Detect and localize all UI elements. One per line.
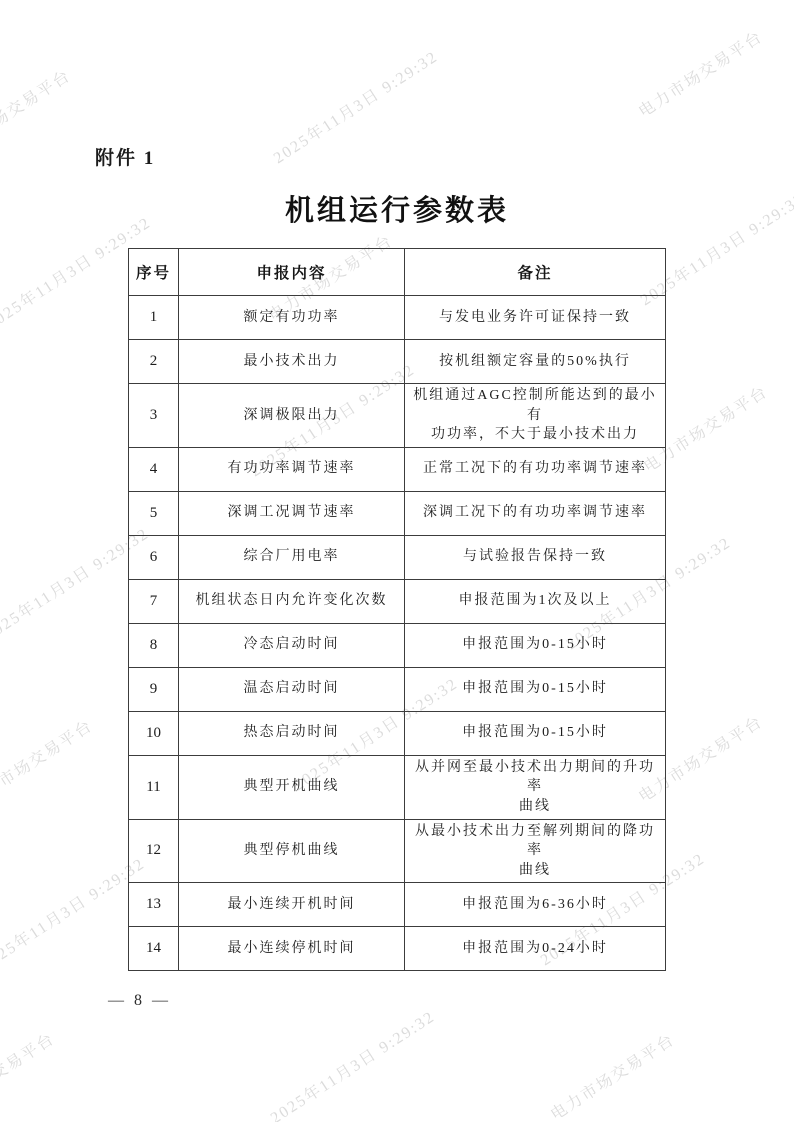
cell-content: 冷态启动时间 xyxy=(179,623,405,667)
watermark-text: 2025年11月3日 9:29:32 xyxy=(265,1004,439,1122)
watermark-text: 2025年11月3日 9:29:32 xyxy=(0,851,149,975)
cell-content: 综合厂用电率 xyxy=(179,535,405,579)
cell-no: 1 xyxy=(129,296,179,340)
attachment-label: 附件 1 xyxy=(95,143,155,170)
document-page: 电力市场交易平台2025年11月3日 9:29:32电力市场交易平台2025年1… xyxy=(0,0,794,1122)
table-row: 12典型停机曲线从最小技术出力至解列期间的降功率 曲线 xyxy=(129,819,666,883)
cell-remark: 申报范围为0-15小时 xyxy=(405,711,666,755)
cell-content: 深调极限出力 xyxy=(179,384,405,448)
cell-content: 典型停机曲线 xyxy=(179,819,405,883)
cell-no: 8 xyxy=(129,623,179,667)
cell-remark: 与发电业务许可证保持一致 xyxy=(405,296,666,340)
table-header-row: 序号 申报内容 备注 xyxy=(129,249,666,296)
table-row: 10热态启动时间申报范围为0-15小时 xyxy=(129,711,666,755)
cell-remark: 从并网至最小技术出力期间的升功率 曲线 xyxy=(405,755,666,819)
cell-remark: 申报范围为1次及以上 xyxy=(405,579,666,623)
cell-remark: 申报范围为6-36小时 xyxy=(405,883,666,927)
cell-no: 2 xyxy=(129,340,179,384)
table-row: 1额定有功功率与发电业务许可证保持一致 xyxy=(129,296,666,340)
cell-content: 深调工况调节速率 xyxy=(179,491,405,535)
cell-remark: 机组通过AGC控制所能达到的最小有 功功率，不大于最小技术出力 xyxy=(405,384,666,448)
cell-content: 温态启动时间 xyxy=(179,667,405,711)
watermark-text: 电力市场交易平台 xyxy=(0,713,97,811)
cell-no: 5 xyxy=(129,491,179,535)
cell-no: 13 xyxy=(129,883,179,927)
watermark-text: 电力市场交易平台 xyxy=(0,1026,59,1122)
cell-content: 额定有功功率 xyxy=(179,296,405,340)
cell-remark: 正常工况下的有功功率调节速率 xyxy=(405,447,666,491)
cell-content: 最小连续停机时间 xyxy=(179,927,405,971)
cell-remark: 从最小技术出力至解列期间的降功率 曲线 xyxy=(405,819,666,883)
cell-no: 14 xyxy=(129,927,179,971)
table-row: 13最小连续开机时间申报范围为6-36小时 xyxy=(129,883,666,927)
watermark-text: 电力市场交易平台 xyxy=(545,1027,678,1122)
cell-remark: 按机组额定容量的50%执行 xyxy=(405,340,666,384)
table-row: 9温态启动时间申报范围为0-15小时 xyxy=(129,667,666,711)
cell-content: 机组状态日内允许变化次数 xyxy=(179,579,405,623)
cell-no: 4 xyxy=(129,447,179,491)
table-row: 11典型开机曲线从并网至最小技术出力期间的升功率 曲线 xyxy=(129,755,666,819)
table-row: 4有功功率调节速率正常工况下的有功功率调节速率 xyxy=(129,447,666,491)
cell-no: 12 xyxy=(129,819,179,883)
cell-content: 最小技术出力 xyxy=(179,340,405,384)
table-row: 8冷态启动时间申报范围为0-15小时 xyxy=(129,623,666,667)
cell-no: 6 xyxy=(129,535,179,579)
table-row: 2最小技术出力按机组额定容量的50%执行 xyxy=(129,340,666,384)
cell-remark: 深调工况下的有功功率调节速率 xyxy=(405,491,666,535)
page-title: 机组运行参数表 xyxy=(0,188,794,229)
page-number: — 8 — xyxy=(108,992,171,1010)
col-header-remark: 备注 xyxy=(405,249,666,296)
table-row: 3深调极限出力机组通过AGC控制所能达到的最小有 功功率，不大于最小技术出力 xyxy=(129,384,666,448)
table-row: 6综合厂用电率与试验报告保持一致 xyxy=(129,535,666,579)
cell-content: 典型开机曲线 xyxy=(179,755,405,819)
cell-remark: 申报范围为0-24小时 xyxy=(405,927,666,971)
cell-remark: 与试验报告保持一致 xyxy=(405,535,666,579)
table-row: 7机组状态日内允许变化次数申报范围为1次及以上 xyxy=(129,579,666,623)
cell-remark: 申报范围为0-15小时 xyxy=(405,623,666,667)
cell-no: 3 xyxy=(129,384,179,448)
cell-content: 有功功率调节速率 xyxy=(179,447,405,491)
cell-no: 9 xyxy=(129,667,179,711)
watermark-text: 电力市场交易平台 xyxy=(633,24,766,122)
cell-no: 10 xyxy=(129,711,179,755)
watermark-text: 电力市场交易平台 xyxy=(0,63,75,161)
cell-content: 最小连续开机时间 xyxy=(179,883,405,927)
watermark-text: 2025年11月3日 9:29:32 xyxy=(268,44,442,168)
parameters-table: 序号 申报内容 备注 1额定有功功率与发电业务许可证保持一致2最小技术出力按机组… xyxy=(128,248,666,971)
cell-content: 热态启动时间 xyxy=(179,711,405,755)
col-header-no: 序号 xyxy=(129,249,179,296)
table-row: 14最小连续停机时间申报范围为0-24小时 xyxy=(129,927,666,971)
col-header-content: 申报内容 xyxy=(179,249,405,296)
cell-no: 7 xyxy=(129,579,179,623)
cell-remark: 申报范围为0-15小时 xyxy=(405,667,666,711)
table-row: 5深调工况调节速率深调工况下的有功功率调节速率 xyxy=(129,491,666,535)
cell-no: 11 xyxy=(129,755,179,819)
